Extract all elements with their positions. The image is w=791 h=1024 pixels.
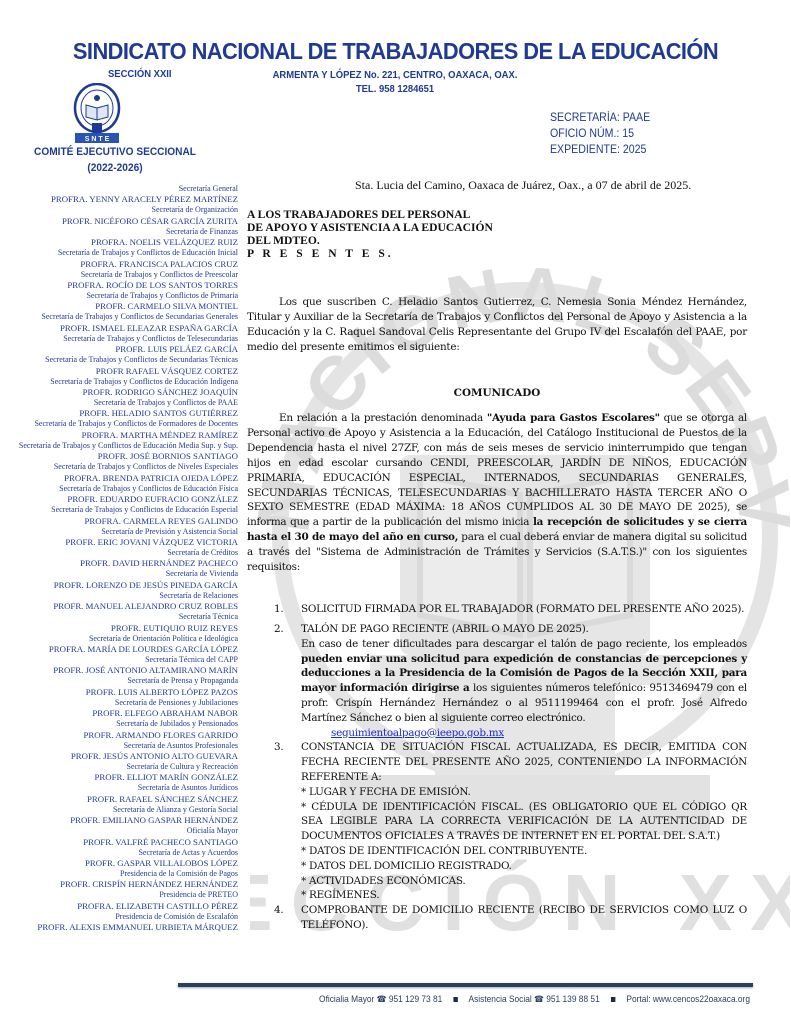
logo-label: S N T E <box>85 136 110 143</box>
requirement-item: 3. CONSTANCIA DE SITUACIÓN FISCAL ACTUAL… <box>274 740 747 903</box>
committee-role: Secretaría de Trabajos y Conflictos de T… <box>0 334 238 344</box>
committee-member-name: PROFR. DAVID HERNÁNDEZ PACHECO <box>0 558 238 569</box>
committee-member-name: PROFR. GASPAR VILLALOBOS LÓPEZ <box>0 858 238 869</box>
committee-role: Secretaría de Orientación Política e Ide… <box>0 634 238 644</box>
committee-role: Secretaría de Cultura y Recreación <box>0 762 238 772</box>
footer-divider <box>178 983 753 987</box>
committee-member-name: PROFR. CARMELO SILVA MONTIEL <box>0 301 238 312</box>
committee-member-name: PROFR. LUIS ALBERTO LÓPEZ PAZOS <box>0 687 238 698</box>
requirement-bullet: * REGÍMENES. <box>301 888 747 903</box>
phone-icon: ☎ <box>534 994 544 1004</box>
asistencia-label: Asistencia Social <box>469 994 532 1005</box>
document-references: SECRETARÍA: PAAE OFICIO NÚM.: 15 EXPEDIE… <box>550 110 650 158</box>
committee-member-name: PROFR. EUTIQUIO RUIZ REYES <box>0 623 238 634</box>
committee-title: COMITÉ EJECUTIVO SECCIONAL (2022-2026) <box>28 144 203 176</box>
email-link[interactable]: seguimientoalpago@ieepo.gob.mx <box>301 726 504 741</box>
committee-member-name: PROFRA. BRENDA PATRICIA OJEDA LÓPEZ <box>0 473 238 484</box>
committee-member-name: PROFR. JESÚS ANTONIO ALTO GUEVARA <box>0 751 238 762</box>
committee-role: Secretaría de Asuntos Profesionales <box>0 741 238 751</box>
section-label: SECCIÓN XXII <box>108 68 172 80</box>
requirements-list: 1. SOLICITUD FIRMADA POR EL TRABAJADOR (… <box>274 598 747 933</box>
committee-role: Secretaría de Trabajos y Conflictos de S… <box>0 355 238 365</box>
committee-member-name: PROFR. JOSÉ BORNIOS SANTIAGO <box>0 451 238 462</box>
committee-role: Secretaría de Trabajos y Conflictos de N… <box>0 462 238 472</box>
committee-role: Secretaría de Jubilados y Pensionados <box>0 719 238 729</box>
oficio-number: OFICIO NÚM.: 15 <box>550 126 650 142</box>
committee-role: Secretaría de Asuntos Jurídicos <box>0 783 238 793</box>
oficialia-phone: 951 129 73 81 <box>389 994 442 1005</box>
requirement-bullet: * DATOS DE IDENTIFICACIÓN DEL CONTRIBUYE… <box>301 844 747 859</box>
committee-role: Secretaría de Alianza y Gestoría Social <box>0 805 238 815</box>
committee-role: Secretaría de Trabajos y Conflictos de E… <box>0 505 238 515</box>
portal-label: Portal: <box>626 994 650 1005</box>
committee-member-name: PROFR. RAFAEL SÁNCHEZ SÁNCHEZ <box>0 794 238 805</box>
committee-member-name: PROFRA. ROCÍO DE LOS SANTOS TORRES <box>0 280 238 291</box>
phone-line: TEL. 958 1284651 <box>247 82 544 96</box>
committee-member-name: PROFR. ISMAEL ELEAZAR ESPAÑA GARCÍA <box>0 323 238 334</box>
committee-member-name: PROFR. ELLIOT MARÍN GONZÁLEZ <box>0 772 238 783</box>
addressee-block: A LOS TRABAJADORES DEL PERSONAL DE APOYO… <box>247 208 493 260</box>
committee-role: Secretaría Técnica del CAPP <box>0 655 238 665</box>
text: En relación a la prestación denominada <box>279 412 487 424</box>
comunicado-heading: COMUNICADO <box>247 387 747 399</box>
committee-member-name: PROFR. VALFRÉ PACHECO SANTIAGO <box>0 837 238 848</box>
requirement-item: 1. SOLICITUD FIRMADA POR EL TRABAJADOR (… <box>274 598 747 620</box>
committee-role: Presidencia de la Comisión de Pagos <box>0 869 238 879</box>
committee-role: Secretaría de Trabajos y Conflictos de P… <box>0 270 238 280</box>
committee-role: Secretaría General <box>0 184 238 194</box>
committee-role: Secretaría de Prensa y Propaganda <box>0 676 238 686</box>
committee-role: Secretaría de Créditos <box>0 548 238 558</box>
committee-member-name: PROFR. ELFEGO ABRAHAM NABOR <box>0 708 238 719</box>
presentes-line: P R E S E N T E S. <box>247 247 493 260</box>
committee-role: Secretaría de Finanzas <box>0 227 238 237</box>
requirement-bullet: * DATOS DEL DOMICILIO REGISTRADO. <box>301 859 747 874</box>
committee-role: Secretaría de Trabajos y Conflictos de S… <box>0 312 238 322</box>
addressee-line: DEL MDTEO. <box>247 234 493 247</box>
committee-member-name: PROFR. JOSÉ ANTONIO ALTAMIRANO MARÍN <box>0 665 238 676</box>
requirement-text: CONSTANCIA DE SITUACIÓN FISCAL ACTUALIZA… <box>301 740 747 784</box>
committee-role: Oficialía Mayor <box>0 826 238 836</box>
committee-role: Secretaría de Trabajos y Conflictos de P… <box>0 291 238 301</box>
committee-role: Secretaría de Trabajos y Conflictos de E… <box>0 377 238 387</box>
committee-member-name: PROFR. MANUEL ALEJANDRO CRUZ ROBLES <box>0 601 238 612</box>
requirement-number: 4. <box>274 903 283 918</box>
text: En caso de tener dificultades para desca… <box>301 638 747 650</box>
committee-member-name: PROFRA. FRANCISCA PALACIOS CRUZ <box>0 259 238 270</box>
committee-member-name: PROFR. RODRIGO SÁNCHEZ JOAQUÍN <box>0 387 238 398</box>
phone-icon: ☎ <box>377 994 387 1004</box>
requirement-bullet: * LUGAR Y FECHA DE EMISIÓN. <box>301 785 747 800</box>
requirement-item: 2. TALÓN DE PAGO RECIENTE (ABRIL O MAYO … <box>274 622 747 740</box>
committee-role: Secretaría de Vivienda <box>0 569 238 579</box>
committee-member-name: PROFRA. MARTHA MÉNDEZ RAMÍREZ <box>0 430 238 441</box>
main-paragraph: En relación a la prestación denominada "… <box>247 411 747 575</box>
committee-member-name: PROFR. LORENZO DE JESÚS PINEDA GARCÍA <box>0 580 238 591</box>
committee-role: Secretaría de Trabajos y Conflictos de E… <box>0 248 238 258</box>
text: que se otorga al Personal activo de Apoy… <box>247 412 747 528</box>
requirement-title: TALÓN DE PAGO RECIENTE (ABRIL O MAYO DE … <box>301 622 747 637</box>
committee-role: Presidencia de PRETEO <box>0 890 238 900</box>
committee-member-name: PROFRA. YENNY ARACELY PÉREZ MARTÍNEZ <box>0 194 238 205</box>
committee-member-name: PROFRA. NOELIS VELÁZQUEZ RUIZ <box>0 237 238 248</box>
committee-member-name: PROFR. EDUARDO EUFRACIO GONZÁLEZ <box>0 494 238 505</box>
requirement-item: 4. COMPROBANTE DE DOMICILIO RECIENTE (RE… <box>274 903 747 933</box>
benefit-name: "Ayuda para Gastos Escolares" <box>487 412 660 424</box>
oficialia-label: Oficialia Mayor <box>319 994 374 1005</box>
union-address: ARMENTA Y LÓPEZ No. 221, CENTRO, OAXACA,… <box>247 68 544 96</box>
committee-role: Secretaría de Trabajos y Conflictos de P… <box>0 398 238 408</box>
requirement-bullet: * CÉDULA DE IDENTIFICACIÓN FISCAL. (ES O… <box>301 800 747 844</box>
committee-role: Secretaría Técnica <box>0 612 238 622</box>
committee-role: Secretaría de Trabajos y Conflictos de F… <box>0 419 238 429</box>
committee-role: Secretaría de Trabajos y Conflictos de E… <box>0 441 238 451</box>
letter-date: Sta. Lucia del Camino, Oaxaca de Juárez,… <box>355 178 691 193</box>
committee-member-name: PROFR. ERIC JOVANI VÁZQUEZ VICTORIA <box>0 537 238 548</box>
separator-square-icon <box>453 997 457 1002</box>
committee-member-name: PROFR. NICÉFORO CÉSAR GARCÍA ZURITA <box>0 216 238 227</box>
addressee-line: DE APOYO Y ASISTENCIA A LA EDUCACIÓN <box>247 221 493 234</box>
committee-member-name: PROFRA. CARMELA REYES GALINDO <box>0 516 238 527</box>
addressee-line: A LOS TRABAJADORES DEL PERSONAL <box>247 208 493 221</box>
secretaria-ref: SECRETARÍA: PAAE <box>550 110 650 126</box>
committee-member-name: PROFR. ALEXIS EMMANUEL URBIETA MÁRQUEZ <box>0 922 238 933</box>
requirement-number: 2. <box>274 622 283 637</box>
committee-member-name: PROFR RAFAEL VÁSQUEZ CORTEZ <box>0 366 238 377</box>
address-line: ARMENTA Y LÓPEZ No. 221, CENTRO, OAXACA,… <box>247 68 544 82</box>
committee-role: Secretaría de Organización <box>0 205 238 215</box>
committee-member-name: PROFR. ARMANDO FLORES GARRIDO <box>0 730 238 741</box>
requirement-text: En caso de tener dificultades para desca… <box>301 637 747 726</box>
committee-role: Secretaría de Relaciones <box>0 591 238 601</box>
separator-square-icon <box>611 997 615 1002</box>
portal-url[interactable]: www.cencos22oaxaca.org <box>653 994 750 1005</box>
snte-logo: S N T E <box>72 83 122 147</box>
committee-role: Secretaría de Pensiones y Jubilaciones <box>0 698 238 708</box>
committee-role: Secretaría de Previsión y Asistencia Soc… <box>0 527 238 537</box>
requirement-number: 1. <box>274 598 283 620</box>
requirement-bullet: * ACTIVIDADES ECONÓMICAS. <box>301 874 747 889</box>
intro-paragraph: Los que suscriben C. Heladio Santos Guti… <box>247 295 747 355</box>
committee-members-list: Secretaría GeneralPROFRA. YENNY ARACELY … <box>0 184 238 933</box>
committee-member-name: PROFR. EMILIANO GASPAR HERNÁNDEZ <box>0 815 238 826</box>
committee-role: Secretaría de Trabajos y Conflictos de E… <box>0 484 238 494</box>
committee-member-name: PROFR. LUIS PELÁEZ GARCÍA <box>0 344 238 355</box>
committee-member-name: PROFR. CRISPÍN HERNÁNDEZ HERNÁNDEZ <box>0 879 238 890</box>
committee-role: Presidencia de Comisión de Escalafón <box>0 912 238 922</box>
committee-member-name: PROFRA. ELIZABETH CASTILLO PÉREZ <box>0 901 238 912</box>
committee-period: (2022-2026) <box>28 160 203 176</box>
committee-name: COMITÉ EJECUTIVO SECCIONAL <box>28 144 203 160</box>
expediente-ref: EXPEDIENTE: 2025 <box>550 142 650 158</box>
committee-member-name: PROFRA. MARÍA DE LOURDES GARCÍA LÓPEZ <box>0 644 238 655</box>
requirement-text: SOLICITUD FIRMADA POR EL TRABAJADOR (FOR… <box>301 603 744 615</box>
committee-member-name: PROFR. HELADIO SANTOS GUTIÉRREZ <box>0 408 238 419</box>
footer-contacts: Oficialia Mayor ☎ 951 129 73 81 Asistenc… <box>240 994 750 1005</box>
requirement-number: 3. <box>274 740 283 755</box>
requirement-text: COMPROBANTE DE DOMICILIO RECIENTE (RECIB… <box>301 904 747 931</box>
asistencia-phone: 951 139 88 51 <box>546 994 599 1005</box>
union-title: SINDICATO NACIONAL DE TRABAJADORES DE LA… <box>28 38 764 65</box>
committee-role: Secretaría de Actas y Acuerdos <box>0 848 238 858</box>
